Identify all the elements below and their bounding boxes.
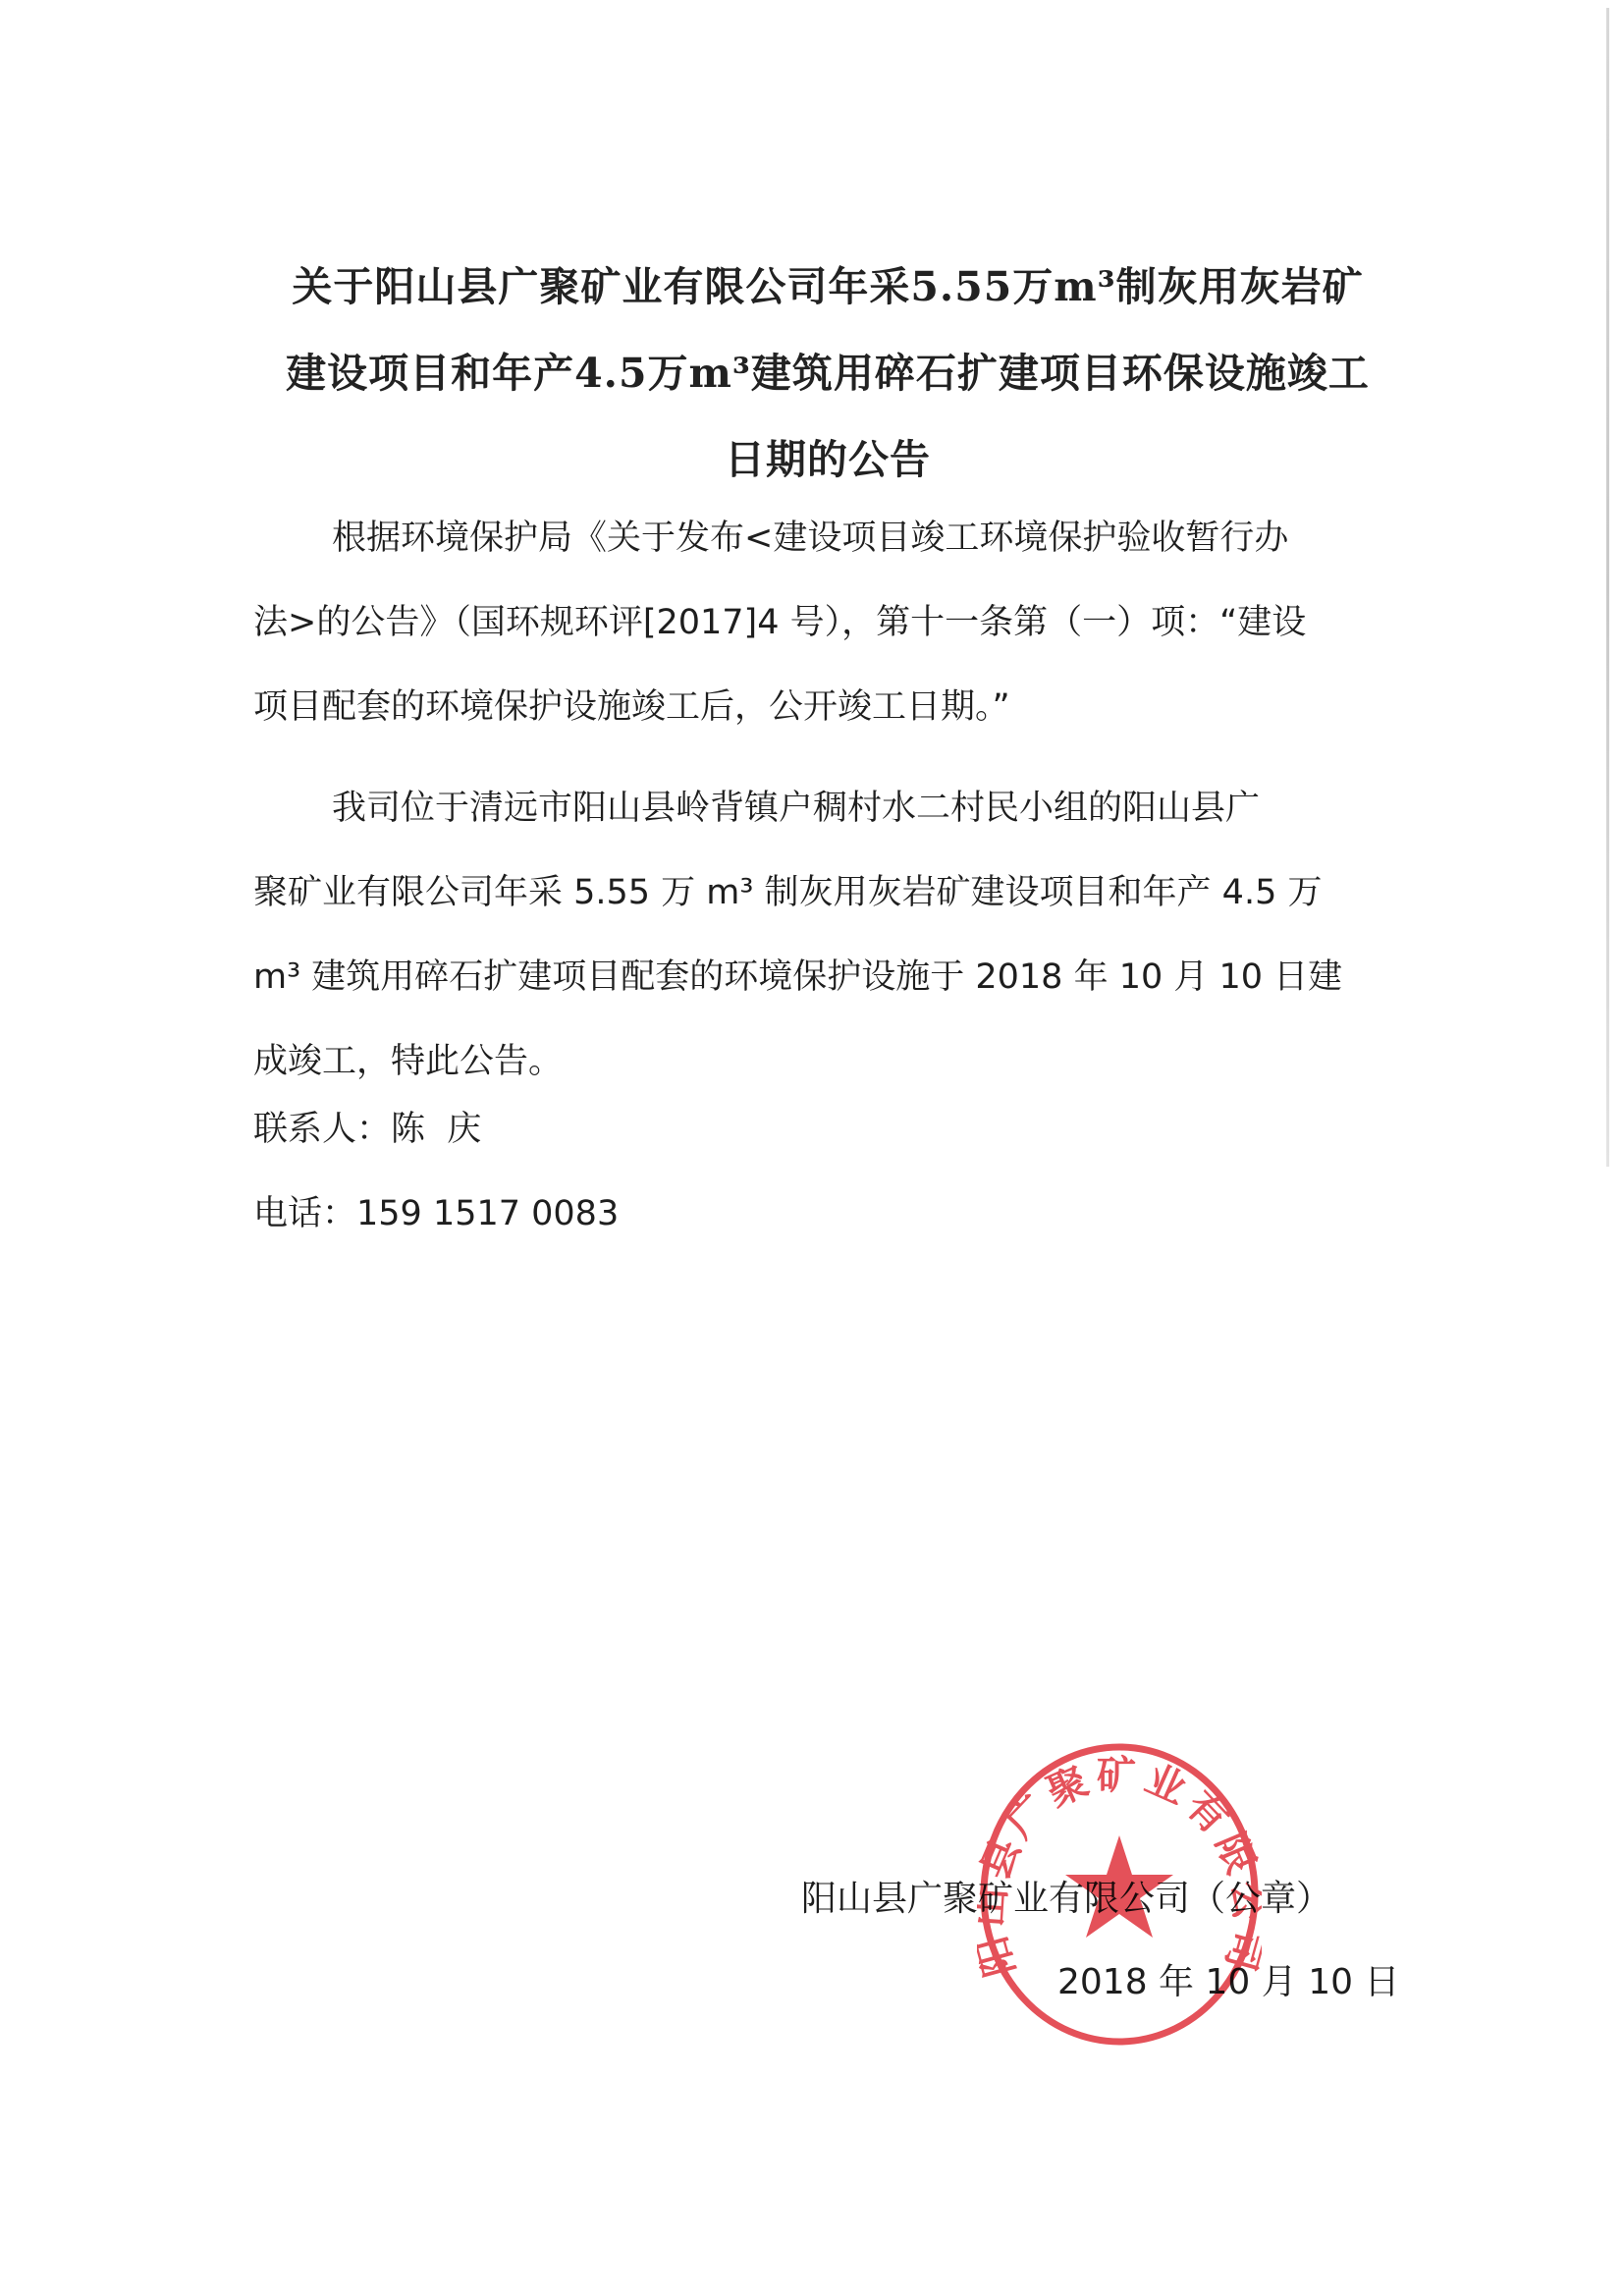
contact-person: 联系人：陈 庆 — [253, 1087, 1387, 1172]
scan-artifact-line — [1606, 8, 1609, 1167]
contact-block: 联系人：陈 庆 电话：159 1517 0083 — [253, 1087, 1387, 1256]
contact-phone-label: 电话： — [253, 1194, 356, 1233]
paragraph2-line-1: 我司位于清远市阳山县岭背镇户稠村水二村民小组的阳山县广 — [253, 766, 1387, 850]
paragraph-legal-basis: 根据环境保护局《关于发布<建设项目竣工环境保护验收暂行办 法>的公告》（国环规环… — [253, 496, 1387, 749]
paragraph2-line-2: 聚矿业有限公司年采 5.55 万 m³ 制灰用灰岩矿建设项目和年产 4.5 万 — [253, 850, 1387, 935]
document-title: 关于阳山县广聚矿业有限公司年采5.55万m³制灰用灰岩矿 建设项目和年产4.5万… — [253, 244, 1402, 503]
contact-person-name: 陈 庆 — [391, 1110, 481, 1149]
contact-person-label: 联系人： — [253, 1110, 391, 1149]
title-line-3: 日期的公告 — [253, 416, 1402, 503]
paragraph1-line-1: 根据环境保护局《关于发布<建设项目竣工环境保护验收暂行办 — [253, 496, 1387, 580]
title-line-1: 关于阳山县广聚矿业有限公司年采5.55万m³制灰用灰岩矿 — [253, 244, 1402, 330]
paragraph-announcement: 我司位于清远市阳山县岭背镇户稠村水二村民小组的阳山县广 聚矿业有限公司年采 5.… — [253, 766, 1387, 1104]
official-seal-stamp: 阳山县广聚矿业有限公司 — [977, 1741, 1262, 2048]
paragraph2-line-3: m³ 建筑用碎石扩建项目配套的环境保护设施于 2018 年 10 月 10 日建 — [253, 935, 1387, 1019]
seal-star-icon — [1065, 1835, 1173, 1938]
title-line-2: 建设项目和年产4.5万m³建筑用碎石扩建项目环保设施竣工 — [253, 330, 1402, 416]
contact-phone: 电话：159 1517 0083 — [253, 1172, 1387, 1256]
contact-phone-number: 159 1517 0083 — [356, 1194, 619, 1233]
paragraph1-line-2: 法>的公告》（国环规环评[2017]4 号），第十一条第（一）项：“建设 — [253, 580, 1387, 665]
paragraph1-line-3: 项目配套的环境保护设施竣工后，公开竣工日期。” — [253, 665, 1387, 749]
